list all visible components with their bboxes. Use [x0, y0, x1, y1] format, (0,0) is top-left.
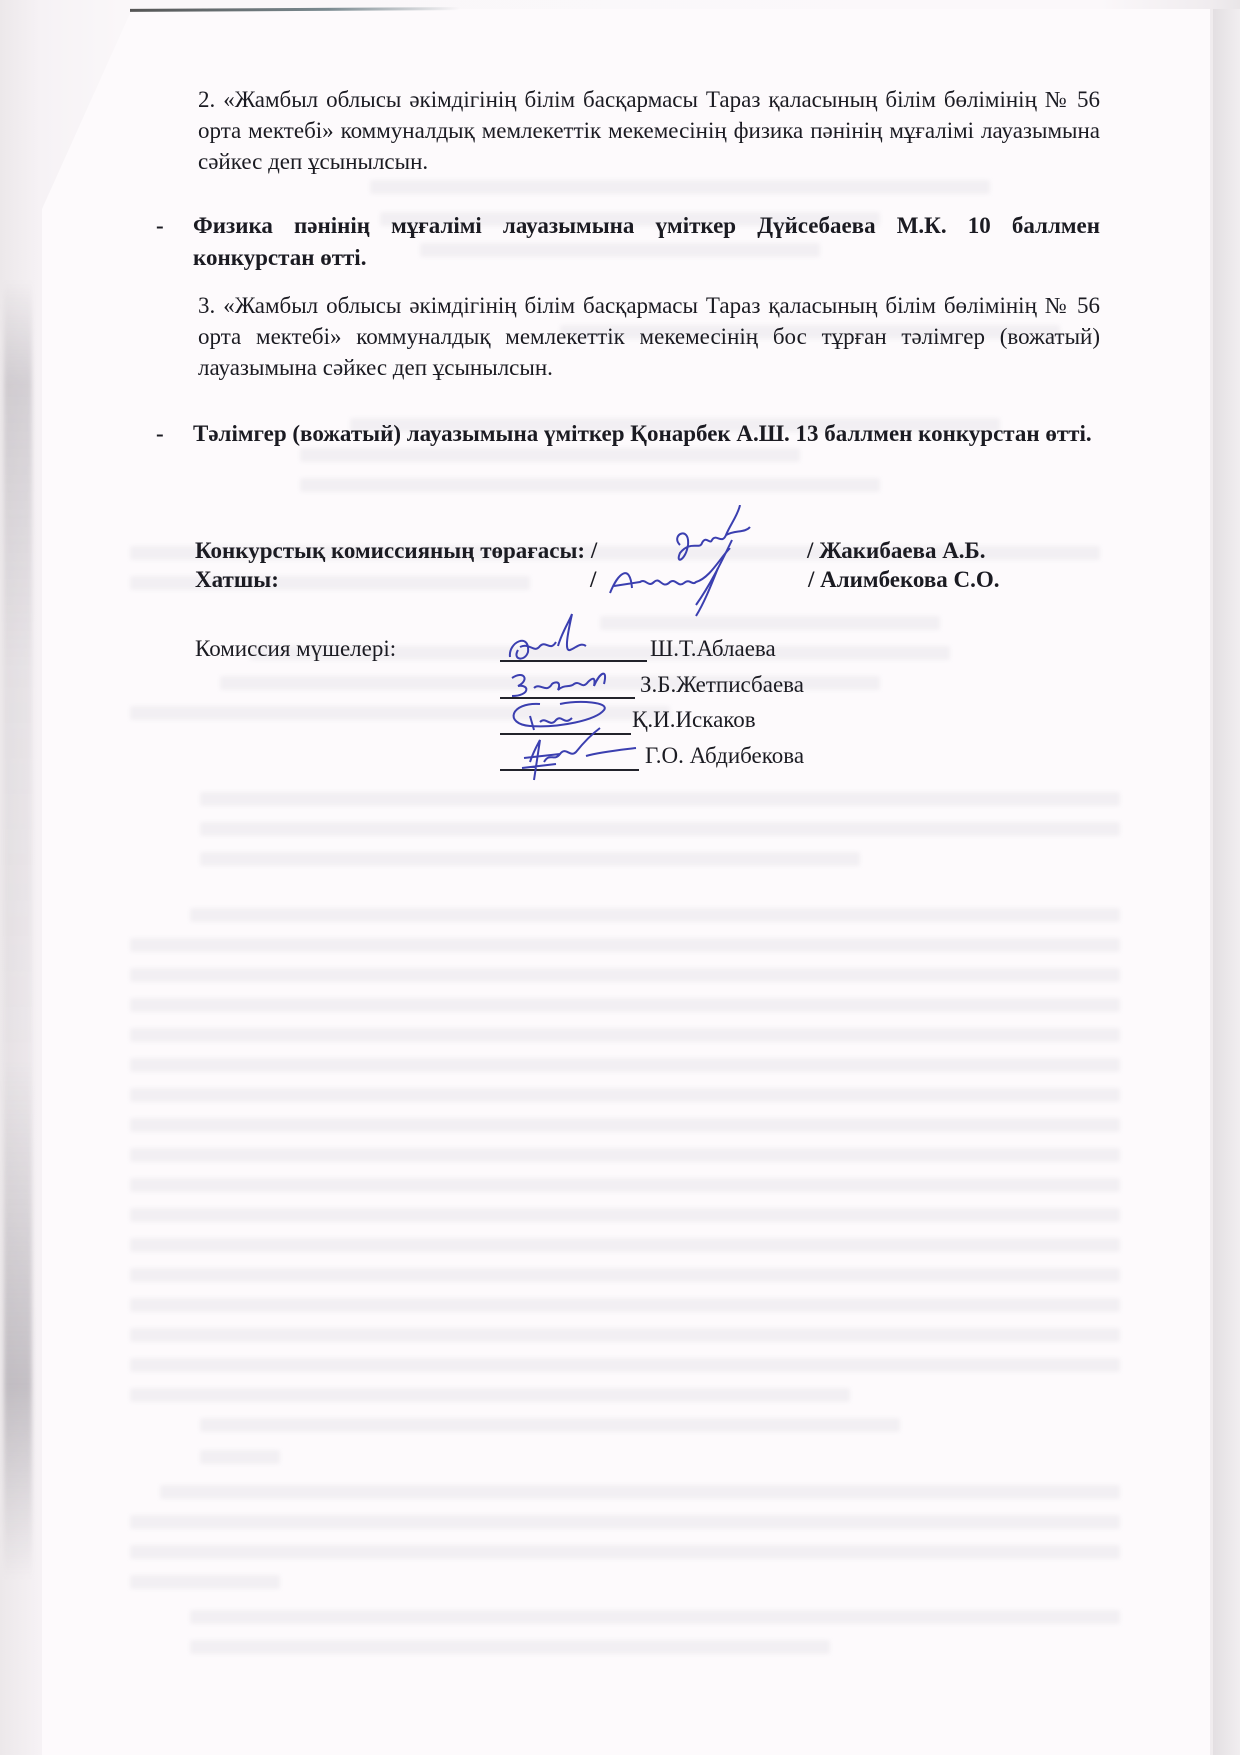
chair-signature-row: Конкурстық комиссияның төрағасы: /	[195, 538, 597, 564]
paragraph-2: 2. «Жамбыл облысы әкімдігінің білім басқ…	[150, 84, 1100, 177]
secretary-name: / Алимбекова С.О.	[808, 567, 1000, 593]
member-name-4: Г.О. Абдибекова	[645, 743, 804, 769]
bullet-physics-text: Физика пәнінің мұғалімі лауазымына үмітк…	[193, 210, 1100, 274]
paragraph-3: 3. «Жамбыл облысы әкімдігінің білім басқ…	[150, 290, 1100, 383]
member-name-1: Ш.Т.Аблаева	[650, 636, 776, 662]
paragraph-2-text: 2. «Жамбыл облысы әкімдігінің білім басқ…	[150, 84, 1100, 177]
document-content: 2. «Жамбыл облысы әкімдігінің білім басқ…	[0, 0, 1240, 1755]
chair-name: / Жакибаева А.Б.	[807, 538, 986, 564]
secretary-signature-icon	[600, 548, 770, 618]
secretary-label: Хатшы:	[195, 567, 279, 593]
secretary-slash: /	[590, 567, 596, 593]
bullet-dash: -	[156, 210, 164, 242]
chair-label: Конкурстық комиссияның төрағасы: /	[195, 538, 597, 563]
member-signatures-icon	[500, 612, 660, 782]
bullet-dash: -	[156, 418, 164, 450]
member-name-2: З.Б.Жетписбаева	[640, 672, 804, 698]
members-label: Комиссия мүшелері:	[195, 636, 396, 662]
bullet-counselor-text: Тәлімгер (вожатый) лауазымына үміткер Қо…	[193, 418, 1100, 450]
paragraph-3-text: 3. «Жамбыл облысы әкімдігінің білім басқ…	[150, 290, 1100, 383]
